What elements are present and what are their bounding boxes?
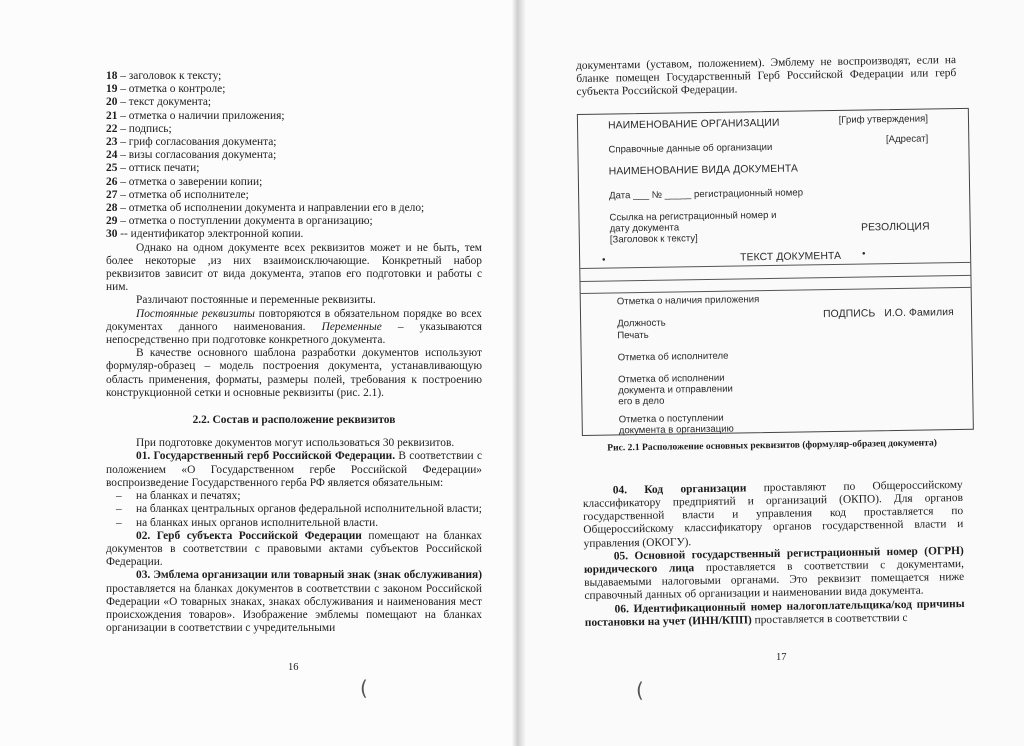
form-doc-type: НАИМЕНОВАНИЕ ВИДА ДОКУМЕНТА xyxy=(609,163,798,177)
italic-term: Переменные xyxy=(322,321,382,333)
bullet-text: на бланках и печатях; xyxy=(136,490,241,503)
list-text: – отметка о поступлении документа в орга… xyxy=(117,215,372,227)
list-number: 21 xyxy=(106,110,117,122)
list-number: 19 xyxy=(106,83,117,95)
list-item: 22 – подпись; xyxy=(106,123,482,136)
paragraph: документами (уставом, положением). Эмбле… xyxy=(576,54,957,100)
form-text-heading: [Заголовок к тексту] xyxy=(610,233,698,245)
form-seal: Печать xyxy=(617,330,649,341)
requisite-05: 05. Основной государственный регистрацио… xyxy=(584,545,965,604)
right-page-body: документами (уставом, положением). Эмбле… xyxy=(576,54,965,630)
list-item: 29 – отметка о поступлении документа в о… xyxy=(106,215,482,228)
form-divider xyxy=(581,286,971,293)
list-item: 27 – отметка об исполнителе; xyxy=(106,189,482,202)
requisite-title: 01. Государственный герб Российской Феде… xyxy=(136,450,395,462)
requisite-02: 02. Герб субъекта Российской Федерации п… xyxy=(106,530,482,570)
list-item: 26 – отметка о заверении копии; xyxy=(106,176,482,189)
form-position: Должность xyxy=(617,317,666,329)
list-item: 23 – гриф согласования документа; xyxy=(106,136,482,149)
list-item: 25 – оттиск печати; xyxy=(106,162,482,175)
list-number: 26 xyxy=(106,176,117,188)
italic-term: Постоянные реквизиты xyxy=(136,308,255,320)
requisite-title: 03. Эмблема организации или товарный зна… xyxy=(136,569,482,581)
requisite-title: 02. Герб субъекта Российской Федерации xyxy=(136,530,362,542)
list-text: – подпись; xyxy=(117,123,171,135)
list-item: 30 -- идентификатор электронной копии. xyxy=(106,228,482,241)
requisite-text: проставляется на бланках документов в со… xyxy=(106,583,482,635)
requisite-title: 04. Код организации xyxy=(613,482,747,496)
page-number: 16 xyxy=(288,662,299,673)
form-execution-mark: его в дело xyxy=(618,395,664,407)
page-number: 17 xyxy=(776,652,787,663)
bullet-item: –на бланках иных органов исполнительной … xyxy=(106,517,482,530)
left-page-body: 18 – заголовок к тексту; 19 – отметка о … xyxy=(106,70,482,635)
list-text: – отметка об исполнении документа и напр… xyxy=(117,202,424,214)
list-text: -- идентификатор электронной копии. xyxy=(117,228,303,240)
list-text: – заголовок к тексту; xyxy=(117,70,221,82)
paragraph: Различают постоянные и переменные реквиз… xyxy=(106,294,482,307)
list-item: 24 – визы согласования документа; xyxy=(106,149,482,162)
list-text: – отметка об исполнителе; xyxy=(117,189,248,201)
list-number: 20 xyxy=(106,96,117,108)
form-signature: ПОДПИСЬ И.О. Фамилия xyxy=(823,307,954,320)
list-number: 18 xyxy=(106,70,117,82)
form-divider xyxy=(580,274,970,281)
requisite-04: 04. Код организации проставляют по Общер… xyxy=(583,479,964,551)
pen-mark: ( xyxy=(636,678,644,702)
document-form-template: НАИМЕНОВАНИЕ ОРГАНИЗАЦИИ [Гриф утвержден… xyxy=(577,107,974,435)
list-number: 22 xyxy=(106,123,117,135)
form-receipt-mark: документа в организацию xyxy=(619,423,734,436)
bullet-item: – на бланках центральных органов федерал… xyxy=(106,503,482,516)
list-number: 28 xyxy=(106,202,117,214)
list-number: 25 xyxy=(106,162,117,174)
list-number: 30 xyxy=(106,228,117,240)
form-date-line: Дата ___ № _____ регистрационный номер xyxy=(609,187,803,201)
figure-caption: Рис. 2.1 Расположение основных реквизито… xyxy=(582,436,962,455)
list-item: 19 – отметка о контроле; xyxy=(106,83,482,96)
list-number: 29 xyxy=(106,215,117,227)
list-item: 18 – заголовок к тексту; xyxy=(106,70,482,83)
form-ref-line: Ссылка на регистрационный номер и xyxy=(609,209,776,223)
form-org-ref-data: Справочные данные об организации xyxy=(608,142,772,156)
requisite-text: проставляется в соответствии с xyxy=(752,612,908,626)
form-approval-stamp: [Гриф утверждения] xyxy=(839,113,928,125)
list-item: 28 – отметка об исполнении документа и н… xyxy=(106,202,482,215)
list-text: – оттиск печати; xyxy=(117,162,199,174)
form-resolution: РЕЗОЛЮЦИЯ xyxy=(861,221,930,233)
paragraph: Постоянные реквизиты повторяются в обяза… xyxy=(106,308,482,348)
page-fold-shadow xyxy=(512,0,526,746)
dash-marker: – xyxy=(106,490,136,503)
paragraph: В качестве основного шаблона разработки … xyxy=(106,347,482,400)
list-text: – текст документа; xyxy=(117,96,211,108)
list-item: 20 – текст документа; xyxy=(106,96,482,109)
bullet-text: на бланках центральных органов федеральн… xyxy=(136,503,482,515)
paragraph: Однако на одном документе всех реквизито… xyxy=(106,242,482,295)
right-page-text: 04. Код организации проставляют по Общер… xyxy=(583,479,965,630)
list-text: – визы согласования документа; xyxy=(117,149,276,161)
bullet-item: –на бланках и печатях; xyxy=(106,490,482,503)
bullet-dot: • xyxy=(862,248,866,259)
requisite-01: 01. Государственный герб Российской Феде… xyxy=(106,450,482,490)
requisite-03: 03. Эмблема организации или товарный зна… xyxy=(106,569,482,635)
form-addressee: [Адресат] xyxy=(886,133,928,145)
list-text: – гриф согласования документа; xyxy=(117,136,276,148)
list-number: 23 xyxy=(106,136,117,148)
left-page: 18 – заголовок к тексту; 19 – отметка о … xyxy=(0,0,512,746)
list-number: 27 xyxy=(106,189,117,201)
pen-mark: ( xyxy=(360,676,368,700)
list-item: 21 – отметка о наличии приложения; xyxy=(106,110,482,123)
form-org-name: НАИМЕНОВАНИЕ ОРГАНИЗАЦИИ xyxy=(608,117,780,131)
form-attachment-mark: Отметка о наличия приложения xyxy=(617,294,760,307)
list-text: – отметка о наличии приложения; xyxy=(117,110,284,122)
dash-marker: – xyxy=(106,517,136,530)
paragraph: При подготовке документов могут использо… xyxy=(106,437,482,450)
bullet-dot: • xyxy=(602,254,606,265)
bullet-text: на бланках иных органов исполнительной в… xyxy=(136,517,378,530)
section-heading: 2.2. Состав и расположение реквизитов xyxy=(106,414,482,427)
list-text: – отметка о контроле; xyxy=(117,83,225,95)
list-number: 24 xyxy=(106,149,117,161)
form-executor-mark: Отметка об исполнителе xyxy=(618,350,729,363)
form-doc-text: ТЕКСТ ДОКУМЕНТА xyxy=(740,250,841,263)
requisites-list: 18 – заголовок к тексту; 19 – отметка о … xyxy=(106,70,482,242)
list-text: – отметка о заверении копии; xyxy=(117,176,262,188)
form-execution-mark: документа и отправлении xyxy=(618,383,733,396)
